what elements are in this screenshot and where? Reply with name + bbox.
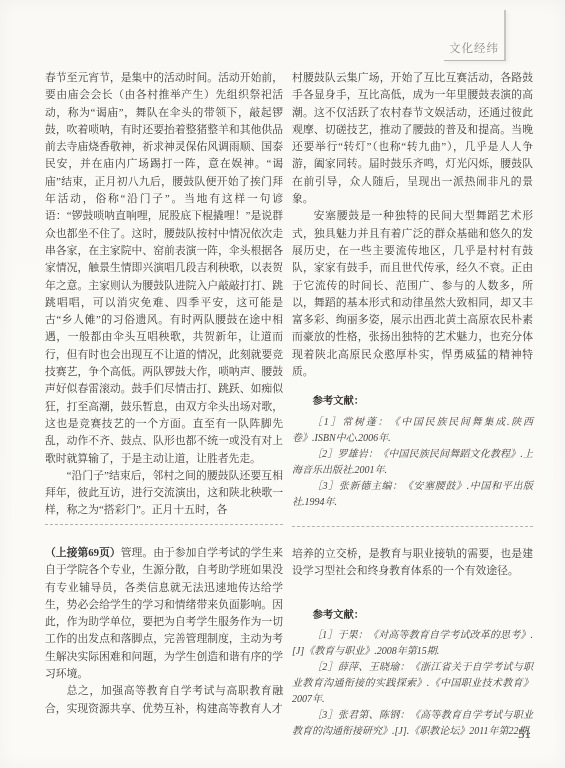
article1-left-column: 春节至元宵节，是集中的活动时间。活动开始前，要由庙会会长（由各村推举产生）先组织… [45, 70, 283, 520]
header-section-label: 文化经纬 [449, 40, 499, 56]
article2-references: 参考文献： ［1］于果：《对高等教育自学考试改革的思考》.[J]《教育与职业》.… [292, 607, 533, 740]
article2-left-column: （上接第69页）管理。由于参加自学考试的学生来自于学院各个专业，生源分散，自考助… [45, 545, 283, 718]
article2-paragraph-1: （上接第69页）管理。由于参加自学考试的学生来自于学院各个专业，生源分散，自考助… [45, 545, 283, 683]
column-divider [45, 524, 283, 525]
reference-item: ［1］常树蓬：《中国民族民间舞集成.陕西卷》.ISBN中心.2006年. [292, 415, 533, 447]
article2-paragraph-1-text: 管理。由于参加自学考试的学生来自于学院各个专业，生源分散，自考助学班如果没有专业… [45, 547, 283, 680]
reference-item: ［2］薛萍、王晓瑜：《浙江省关于自学考试与职业教育沟通衔接的实践探索》.《中国职… [292, 660, 533, 708]
article2-paragraph-2-continuation: 培养的立交桥，是教育与职业接轨的需要，也是建设学习型社会和终身教育体系的一个有效… [292, 546, 533, 581]
header-section-tab: 文化经纬 [444, 10, 506, 61]
reference-item: ［3］张新德主编：《安塞腰鼓》.中国和平出版社.1994年. [292, 479, 533, 511]
page-number: 51 [518, 726, 531, 742]
continued-from-tag: （上接第69页） [45, 547, 121, 559]
article1-references-heading: 参考文献： [292, 393, 533, 410]
article1-right-column: 村腰鼓队云集广场，开始了互比互赛活动，各路鼓手各显身手，互比高低，成为一年里腰鼓… [292, 70, 533, 511]
article1-paragraph-2: “沿门子”结束后，邻村之间的腰鼓队还要互相拜年，彼此互访，进行交流演出，这和陕北… [45, 468, 283, 520]
reference-item: ［3］张君第、陈钢：《高等教育自学考试与职业教育的沟通衔接研究》.[J].《职教… [292, 708, 533, 740]
document-page: 文化经纬 春节至元宵节，是集中的活动时间。活动开始前，要由庙会会长（由各村推举产… [0, 0, 565, 768]
column-divider [292, 526, 533, 527]
article2-references-heading: 参考文献： [292, 607, 533, 624]
reference-item: ［1］于果：《对高等教育自学考试改革的思考》.[J]《教育与职业》.2008年第… [292, 628, 533, 660]
article2-right-column: 培养的立交桥，是教育与职业接轨的需要，也是建设学习型社会和终身教育体系的一个有效… [292, 546, 533, 740]
article1-paragraph-2-continuation: 村腰鼓队云集广场，开始了互比互赛活动，各路鼓手各显身手，互比高低，成为一年里腰鼓… [292, 70, 533, 208]
article1-paragraph-3: 安塞腰鼓是一种独特的民间大型舞蹈艺术形式，独具魅力并且有着广泛的群众基础和悠久的… [292, 208, 533, 381]
article1-paragraph-continuation: 春节至元宵节，是集中的活动时间。活动开始前，要由庙会会长（由各村推举产生）先组织… [45, 70, 283, 468]
article1-references: 参考文献： ［1］常树蓬：《中国民族民间舞集成.陕西卷》.ISBN中心.2006… [292, 393, 533, 510]
article2-paragraph-2: 总之，加强高等教育自学考试与高职教育融合，实现资源共享、优势互补，构建高等教育人… [45, 683, 283, 718]
reference-item: ［2］罗雄岩：《中国民族民间舞蹈文化教程》.上海音乐出版社.2001年. [292, 447, 533, 479]
